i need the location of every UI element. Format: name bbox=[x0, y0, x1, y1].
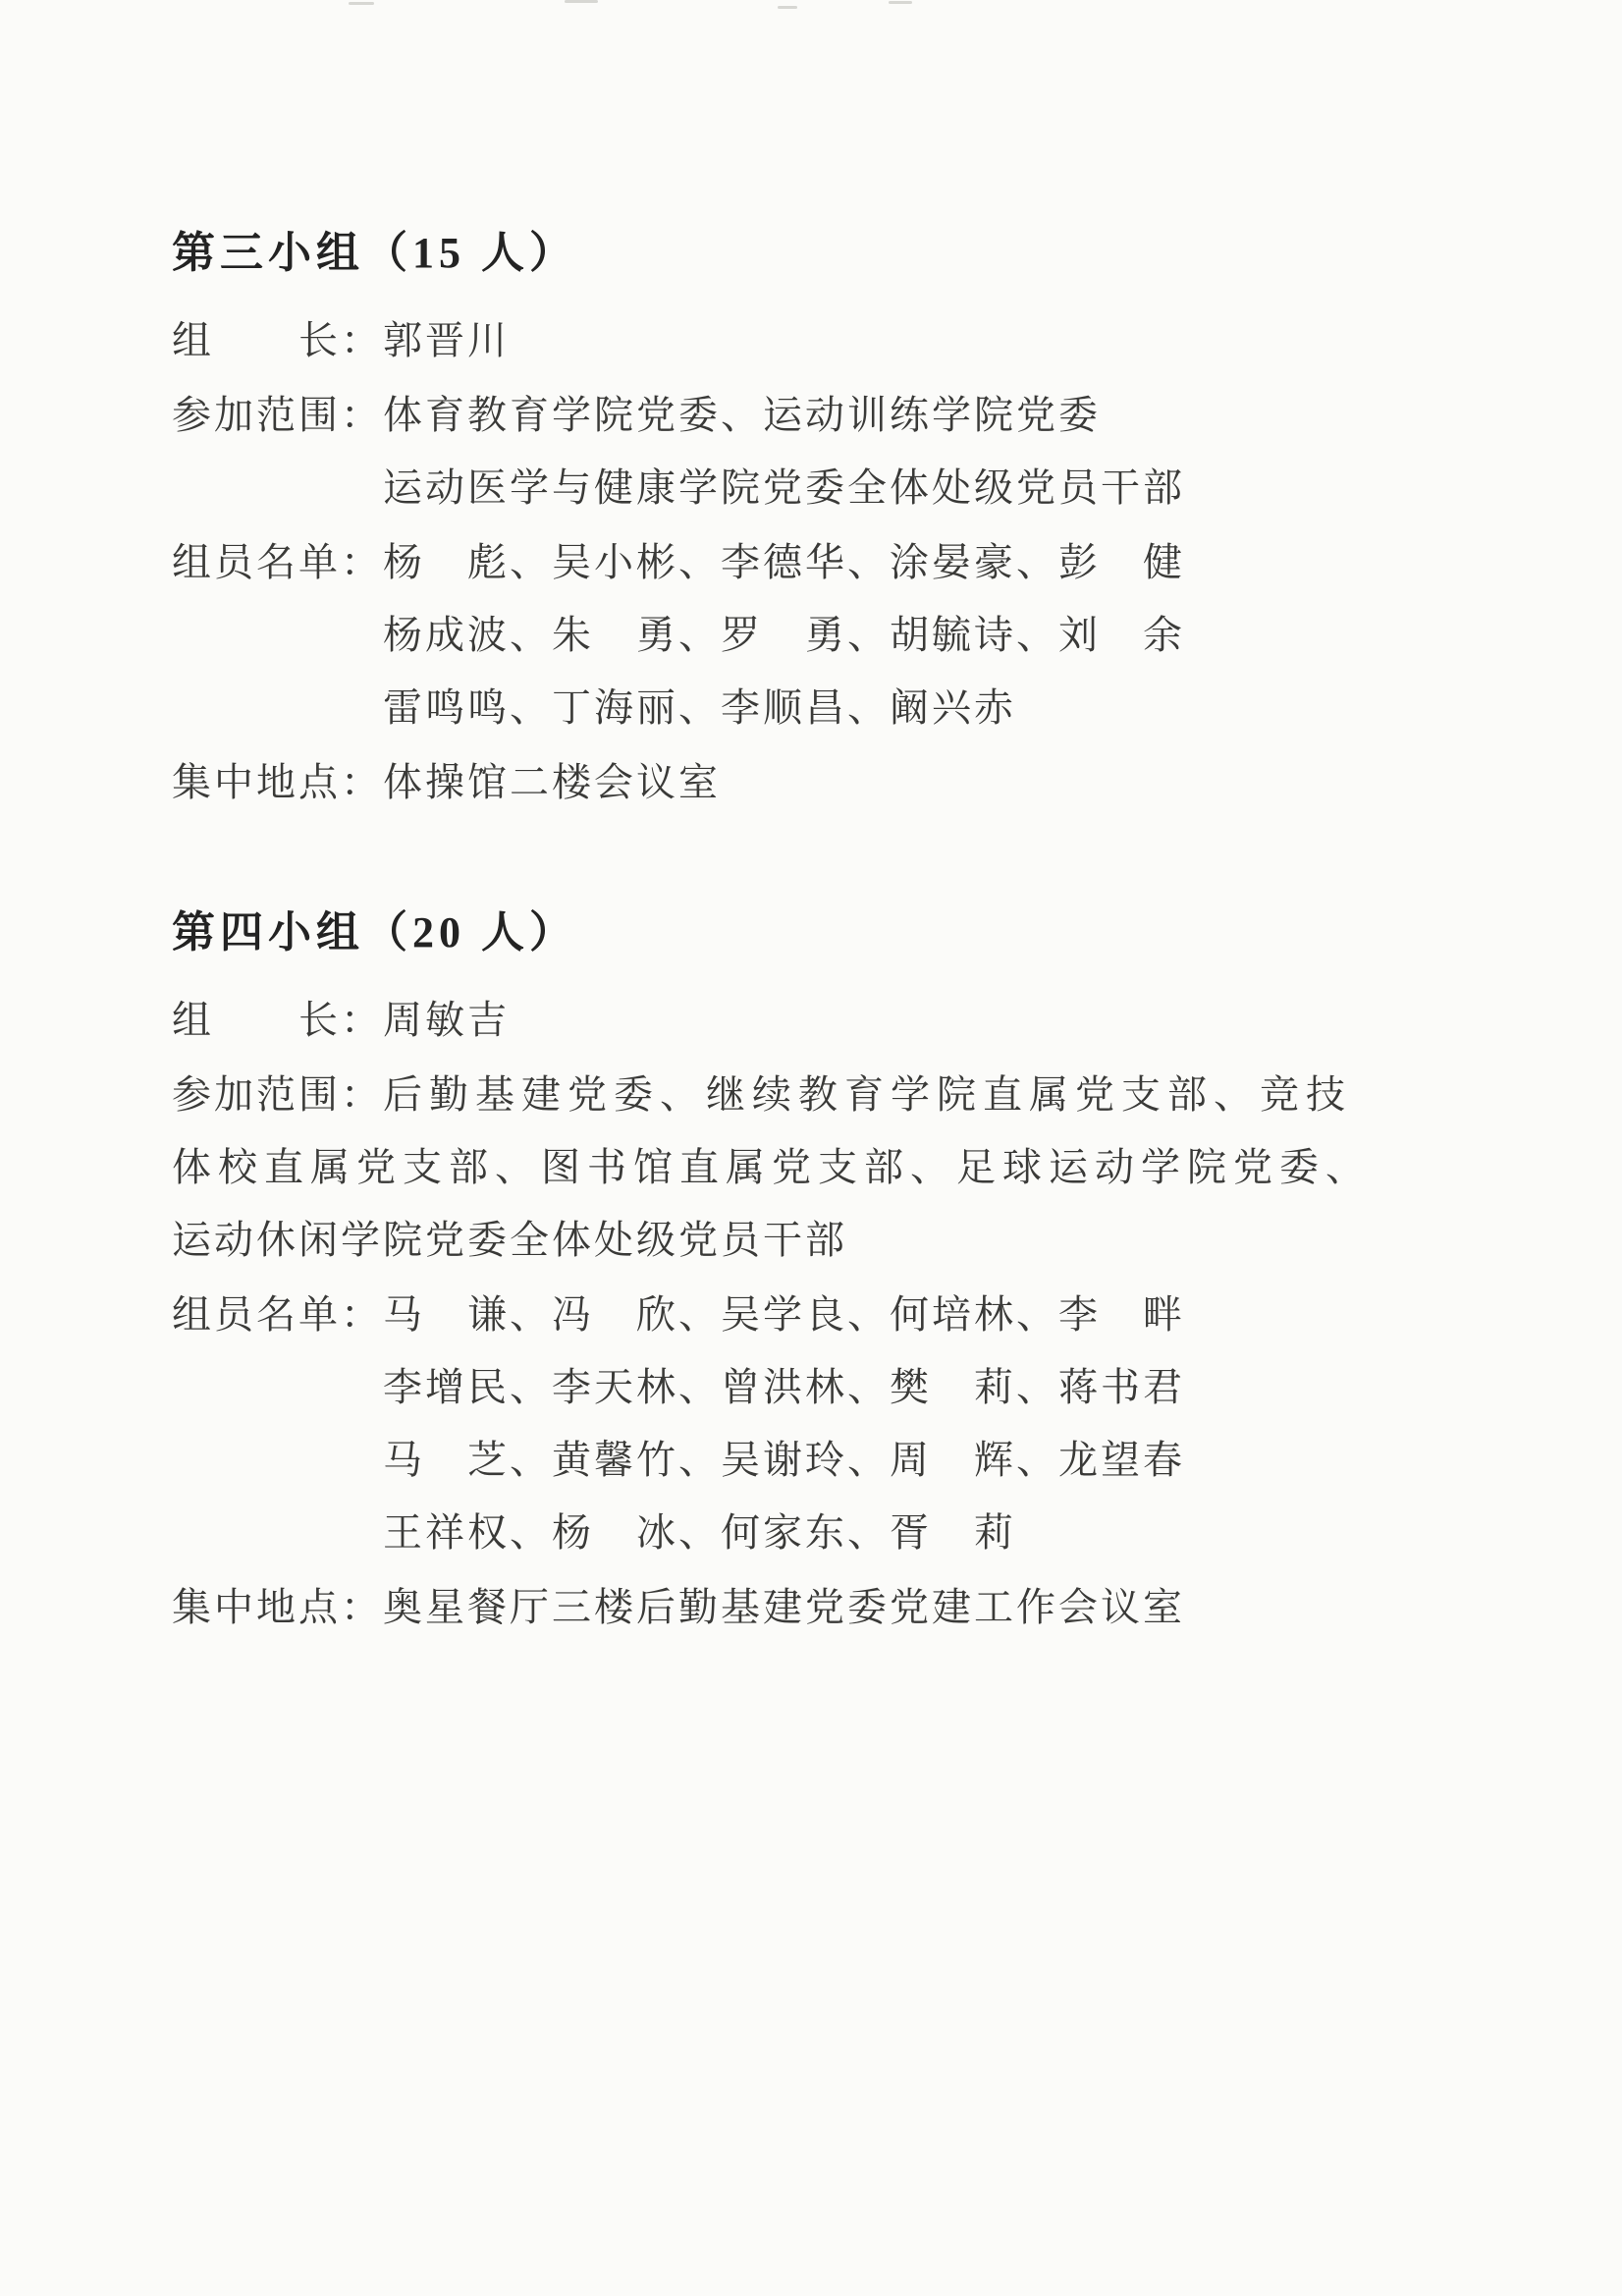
text-line: 王祥权、杨 冰、何家东、胥 莉 bbox=[172, 1497, 1448, 1569]
text-line: 组员名单：马 谦、冯 欣、吴学良、何培林、李 畔 bbox=[172, 1279, 1448, 1351]
field-row-members: 组员名单：马 谦、冯 欣、吴学良、何培林、李 畔 李增民、李天林、曾洪林、樊 莉… bbox=[172, 1279, 1448, 1569]
text-line: 李增民、李天林、曾洪林、樊 莉、蒋书君 bbox=[172, 1351, 1448, 1424]
text-line: 运动医学与健康学院党委全体处级党员干部 bbox=[172, 452, 1448, 524]
field-label: 组员名单： bbox=[172, 1292, 383, 1337]
text-line: 参加范围：后勤基建党委、继续教育学院直属党支部、竞技 bbox=[172, 1059, 1448, 1131]
field-row-scope: 参加范围：体育教育学院党委、运动训练学院党委 运动医学与健康学院党委全体处级党员… bbox=[172, 379, 1448, 524]
text-line: 组员名单：杨 彪、吴小彬、李德华、涂晏豪、彭 健 bbox=[172, 526, 1448, 599]
field-row-leader: 组 长：周敏吉 bbox=[172, 984, 1448, 1057]
field-row-scope: 参加范围：后勤基建党委、继续教育学院直属党支部、竞技 体校直属党支部、图书馆直属… bbox=[172, 1059, 1448, 1277]
field-value: 后勤基建党委、继续教育学院直属党支部、竞技 bbox=[383, 1072, 1352, 1117]
field-value: 杨 彪、吴小彬、李德华、涂晏豪、彭 健 bbox=[383, 540, 1185, 584]
text-line: 参加范围：体育教育学院党委、运动训练学院党委 bbox=[172, 379, 1448, 452]
field-label: 组 长： bbox=[172, 998, 383, 1042]
field-row-leader: 组 长：郭晋川 bbox=[172, 304, 1448, 377]
field-label: 集中地点： bbox=[172, 1585, 383, 1629]
field-row-location: 集中地点：奥星餐厅三楼后勤基建党委党建工作会议室 bbox=[172, 1571, 1448, 1644]
field-label: 集中地点： bbox=[172, 760, 383, 804]
field-row-location: 集中地点：体操馆二楼会议室 bbox=[172, 746, 1448, 819]
scan-artifact bbox=[349, 2, 374, 5]
group-section-three: 第三小组（15 人） 组 长：郭晋川 参加范围：体育教育学院党委、运动训练学院党… bbox=[172, 214, 1448, 819]
field-value: 周敏吉 bbox=[383, 998, 510, 1042]
field-value: 马 谦、冯 欣、吴学良、何培林、李 畔 bbox=[383, 1292, 1185, 1337]
field-label: 组 长： bbox=[172, 318, 383, 362]
text-line: 集中地点：奥星餐厅三楼后勤基建党委党建工作会议室 bbox=[172, 1571, 1448, 1644]
field-value: 体操馆二楼会议室 bbox=[383, 760, 721, 804]
text-line: 组 长：周敏吉 bbox=[172, 984, 1448, 1057]
group-rows: 组 长：周敏吉 参加范围：后勤基建党委、继续教育学院直属党支部、竞技 体校直属党… bbox=[172, 984, 1448, 1644]
field-label: 参加范围： bbox=[172, 1072, 383, 1117]
field-value: 体育教育学院党委、运动训练学院党委 bbox=[383, 393, 1101, 437]
scan-artifact bbox=[778, 6, 797, 9]
document-page: 第三小组（15 人） 组 长：郭晋川 参加范围：体育教育学院党委、运动训练学院党… bbox=[0, 0, 1622, 2296]
document-content: 第三小组（15 人） 组 长：郭晋川 参加范围：体育教育学院党委、运动训练学院党… bbox=[172, 214, 1448, 1644]
text-line: 组 长：郭晋川 bbox=[172, 304, 1448, 377]
text-line: 体校直属党支部、图书馆直属党支部、足球运动学院党委、 bbox=[172, 1131, 1448, 1204]
group-title: 第四小组（20 人） bbox=[172, 894, 1448, 972]
text-line: 雷鸣鸣、丁海丽、李顺昌、阚兴赤 bbox=[172, 672, 1448, 744]
field-value: 郭晋川 bbox=[383, 318, 510, 362]
scan-artifact bbox=[565, 0, 598, 3]
group-section-four: 第四小组（20 人） 组 长：周敏吉 参加范围：后勤基建党委、继续教育学院直属党… bbox=[172, 894, 1448, 1644]
group-rows: 组 长：郭晋川 参加范围：体育教育学院党委、运动训练学院党委 运动医学与健康学院… bbox=[172, 304, 1448, 819]
text-line: 杨成波、朱 勇、罗 勇、胡毓诗、刘 余 bbox=[172, 599, 1448, 672]
group-title: 第三小组（15 人） bbox=[172, 214, 1448, 293]
field-value: 奥星餐厅三楼后勤基建党委党建工作会议室 bbox=[383, 1585, 1185, 1629]
text-line: 马 芝、黄馨竹、吴谢玲、周 辉、龙望春 bbox=[172, 1424, 1448, 1497]
text-line: 运动休闲学院党委全体处级党员干部 bbox=[172, 1204, 1448, 1277]
field-label: 参加范围： bbox=[172, 393, 383, 437]
text-line: 集中地点：体操馆二楼会议室 bbox=[172, 746, 1448, 819]
scan-artifact bbox=[889, 1, 912, 4]
field-row-members: 组员名单：杨 彪、吴小彬、李德华、涂晏豪、彭 健 杨成波、朱 勇、罗 勇、胡毓诗… bbox=[172, 526, 1448, 744]
field-label: 组员名单： bbox=[172, 540, 383, 584]
